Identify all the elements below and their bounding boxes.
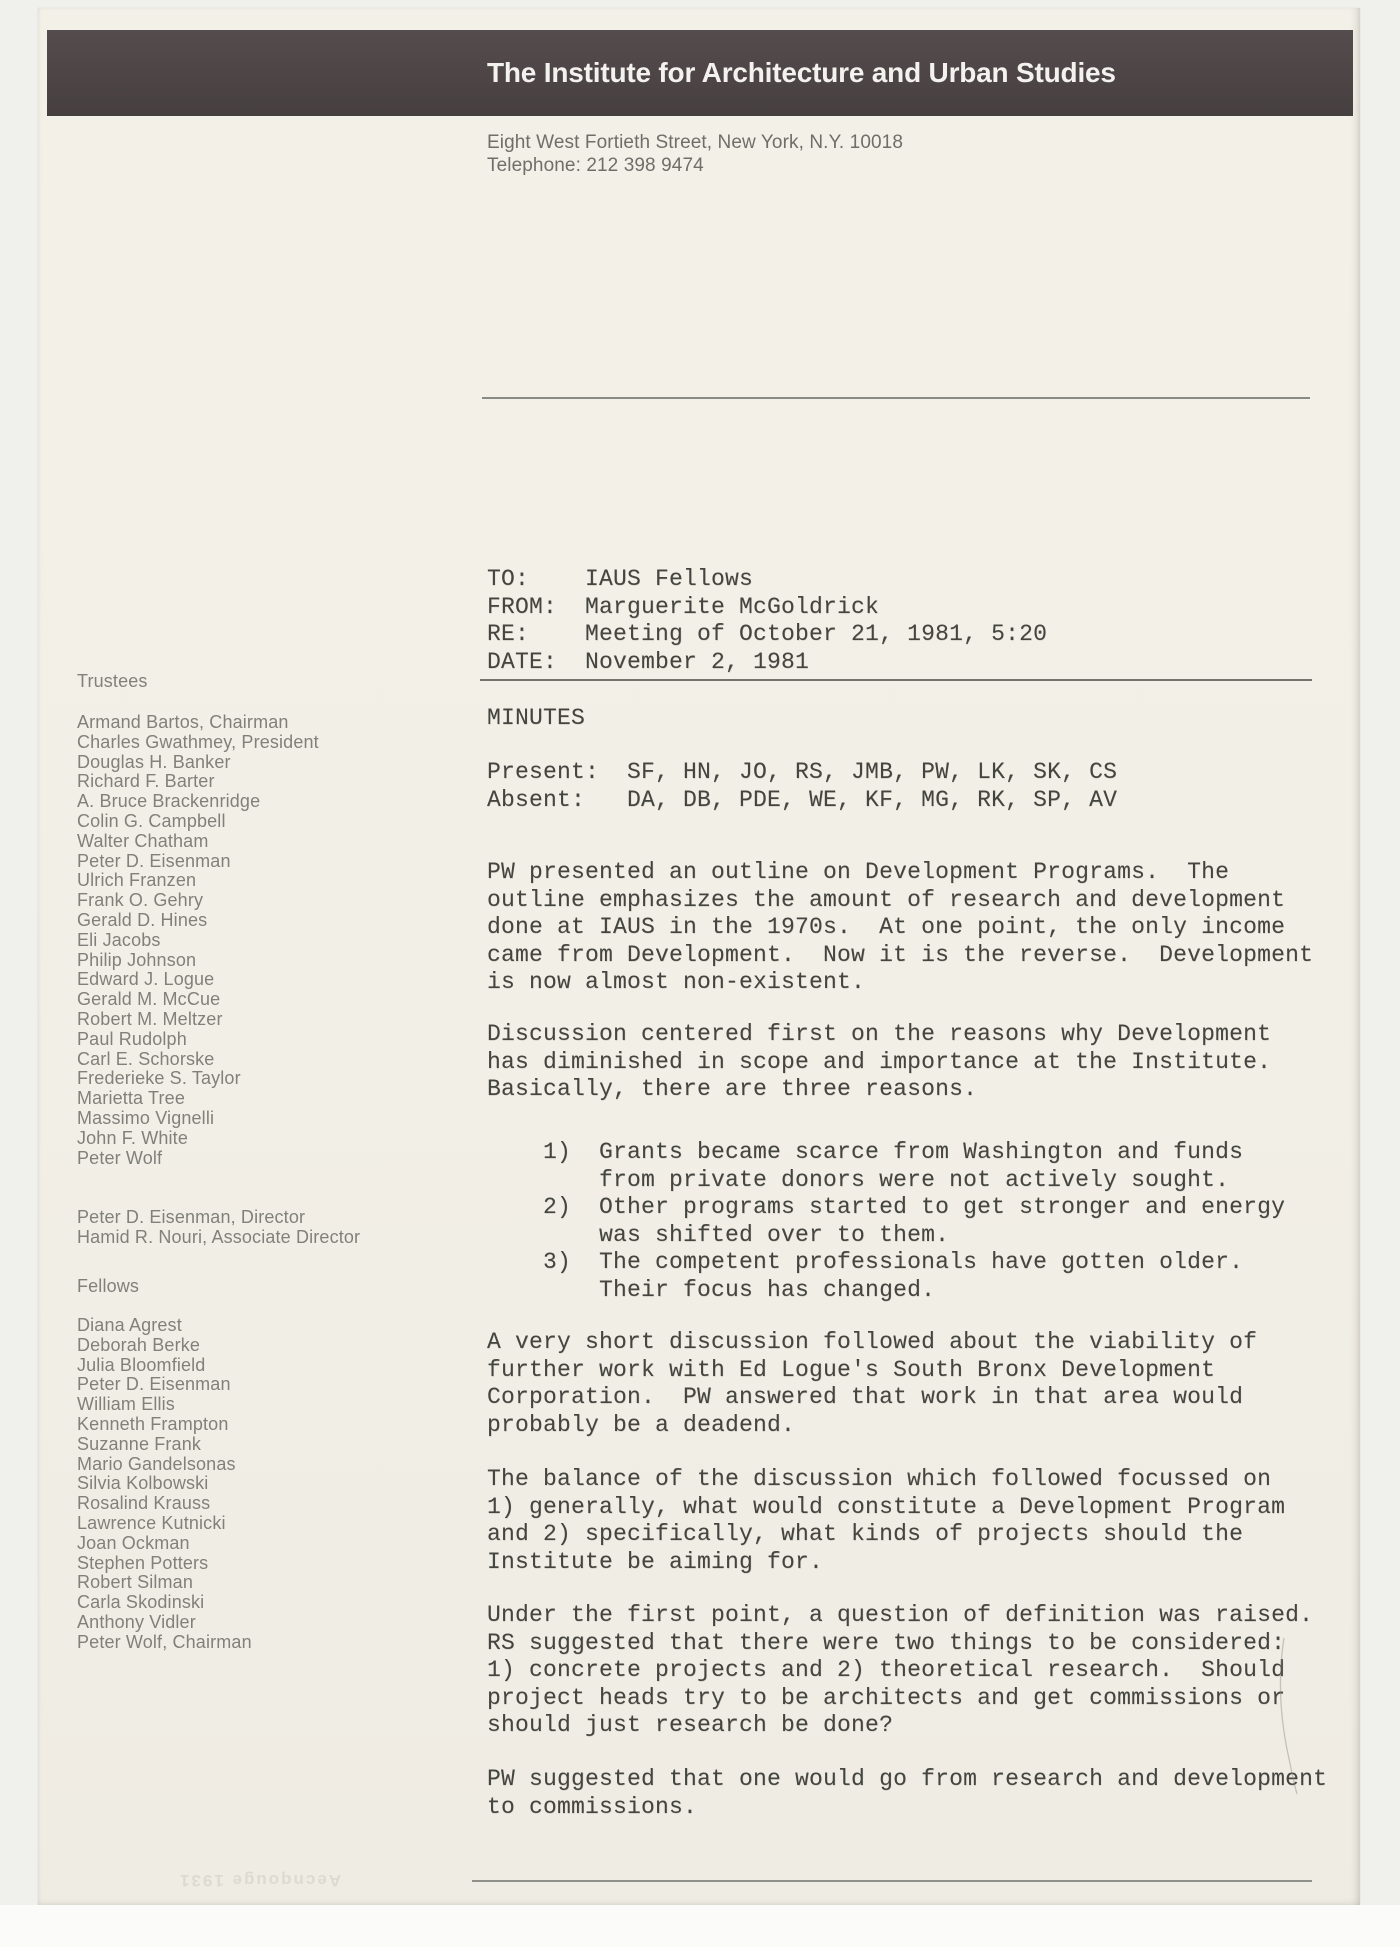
- fellow-name: Diana Agrest: [77, 1316, 252, 1336]
- trustee-name: John F. White: [77, 1129, 319, 1149]
- paragraph-south-bronx: A very short discussion followed about t…: [487, 1329, 1257, 1439]
- fellow-name: Stephen Potters: [77, 1554, 252, 1574]
- fellow-name: Carla Skodinski: [77, 1593, 252, 1613]
- trustee-name: Carl E. Schorske: [77, 1050, 319, 1070]
- attendance-block: Present: SF, HN, JO, RS, JMB, PW, LK, SK…: [487, 759, 1117, 814]
- fellow-name: Joan Ockman: [77, 1534, 252, 1554]
- numbered-reasons-list: 1) Grants became scarce from Washington …: [487, 1139, 1285, 1305]
- trustee-name: Marietta Tree: [77, 1089, 319, 1109]
- trustee-name: A. Bruce Brackenridge: [77, 792, 319, 812]
- fellow-name: Lawrence Kutnicki: [77, 1514, 252, 1534]
- memo-header-divider-rule: [480, 679, 1312, 681]
- org-title: The Institute for Architecture and Urban…: [487, 57, 1116, 89]
- director-name: Peter D. Eisenman, Director: [77, 1208, 360, 1228]
- trustee-name: Gerald D. Hines: [77, 911, 319, 931]
- fellow-name: Mario Gandelsonas: [77, 1455, 252, 1475]
- fellows-list: Diana AgrestDeborah BerkeJulia Bloomfiel…: [77, 1316, 252, 1653]
- fellows-heading: Fellows: [77, 1276, 139, 1297]
- fellow-name: Silvia Kolbowski: [77, 1474, 252, 1494]
- trustees-list: Armand Bartos, ChairmanCharles Gwathmey,…: [77, 713, 319, 1168]
- trustees-heading: Trustees: [77, 671, 148, 692]
- phone-line: Telephone: 212 398 9474: [487, 155, 903, 178]
- trustee-name: Richard F. Barter: [77, 772, 319, 792]
- paragraph-discussion-reasons: Discussion centered first on the reasons…: [487, 1021, 1271, 1104]
- fellow-name: Peter D. Eisenman: [77, 1375, 252, 1395]
- trustee-name: Massimo Vignelli: [77, 1109, 319, 1129]
- paragraph-research-to-commissions: PW suggested that one would go from rese…: [487, 1766, 1327, 1821]
- bottom-divider-rule: [472, 1880, 1312, 1882]
- paragraph-development-outline: PW presented an outline on Development P…: [487, 859, 1313, 997]
- trustee-name: Paul Rudolph: [77, 1030, 319, 1050]
- directors-list: Peter D. Eisenman, DirectorHamid R. Nour…: [77, 1208, 360, 1248]
- scan-background-strip: [0, 1905, 1400, 1947]
- trustee-name: Edward J. Logue: [77, 970, 319, 990]
- trustee-name: Eli Jacobs: [77, 931, 319, 951]
- paragraph-balance-discussion: The balance of the discussion which foll…: [487, 1466, 1285, 1576]
- director-name: Hamid R. Nouri, Associate Director: [77, 1228, 360, 1248]
- trustee-name: Frank O. Gehry: [77, 891, 319, 911]
- trustee-name: Douglas H. Banker: [77, 753, 319, 773]
- fellow-name: Julia Bloomfield: [77, 1356, 252, 1376]
- minutes-title: MINUTES: [487, 705, 585, 733]
- trustee-name: Gerald M. McCue: [77, 990, 319, 1010]
- trustee-name: Ulrich Franzen: [77, 871, 319, 891]
- trustee-name: Colin G. Campbell: [77, 812, 319, 832]
- top-divider-rule: [482, 397, 1310, 399]
- trustee-name: Peter Wolf: [77, 1149, 319, 1169]
- trustee-name: Armand Bartos, Chairman: [77, 713, 319, 733]
- trustee-name: Peter D. Eisenman: [77, 852, 319, 872]
- memo-header-fields: TO: IAUS Fellows FROM: Marguerite McGold…: [487, 566, 1047, 676]
- fellow-name: William Ellis: [77, 1395, 252, 1415]
- show-through-text: Aecnqouge 1931: [178, 1870, 341, 1890]
- fellow-name: Deborah Berke: [77, 1336, 252, 1356]
- trustee-name: Frederieke S. Taylor: [77, 1069, 319, 1089]
- fellow-name: Suzanne Frank: [77, 1435, 252, 1455]
- letterhead-address: Eight West Fortieth Street, New York, N.…: [487, 132, 903, 177]
- fellow-name: Rosalind Krauss: [77, 1494, 252, 1514]
- letterhead-band: The Institute for Architecture and Urban…: [47, 30, 1353, 116]
- trustee-name: Charles Gwathmey, President: [77, 733, 319, 753]
- trustee-name: Robert M. Meltzer: [77, 1010, 319, 1030]
- paragraph-definition-question: Under the first point, a question of def…: [487, 1602, 1313, 1740]
- pencil-scratch-mark: [1256, 1636, 1316, 1796]
- fellow-name: Robert Silman: [77, 1573, 252, 1593]
- fellow-name: Kenneth Frampton: [77, 1415, 252, 1435]
- trustee-name: Walter Chatham: [77, 832, 319, 852]
- address-line: Eight West Fortieth Street, New York, N.…: [487, 132, 903, 155]
- fellow-name: Peter Wolf, Chairman: [77, 1633, 252, 1653]
- trustee-name: Philip Johnson: [77, 951, 319, 971]
- fellow-name: Anthony Vidler: [77, 1613, 252, 1633]
- memo-page: The Institute for Architecture and Urban…: [38, 8, 1360, 1905]
